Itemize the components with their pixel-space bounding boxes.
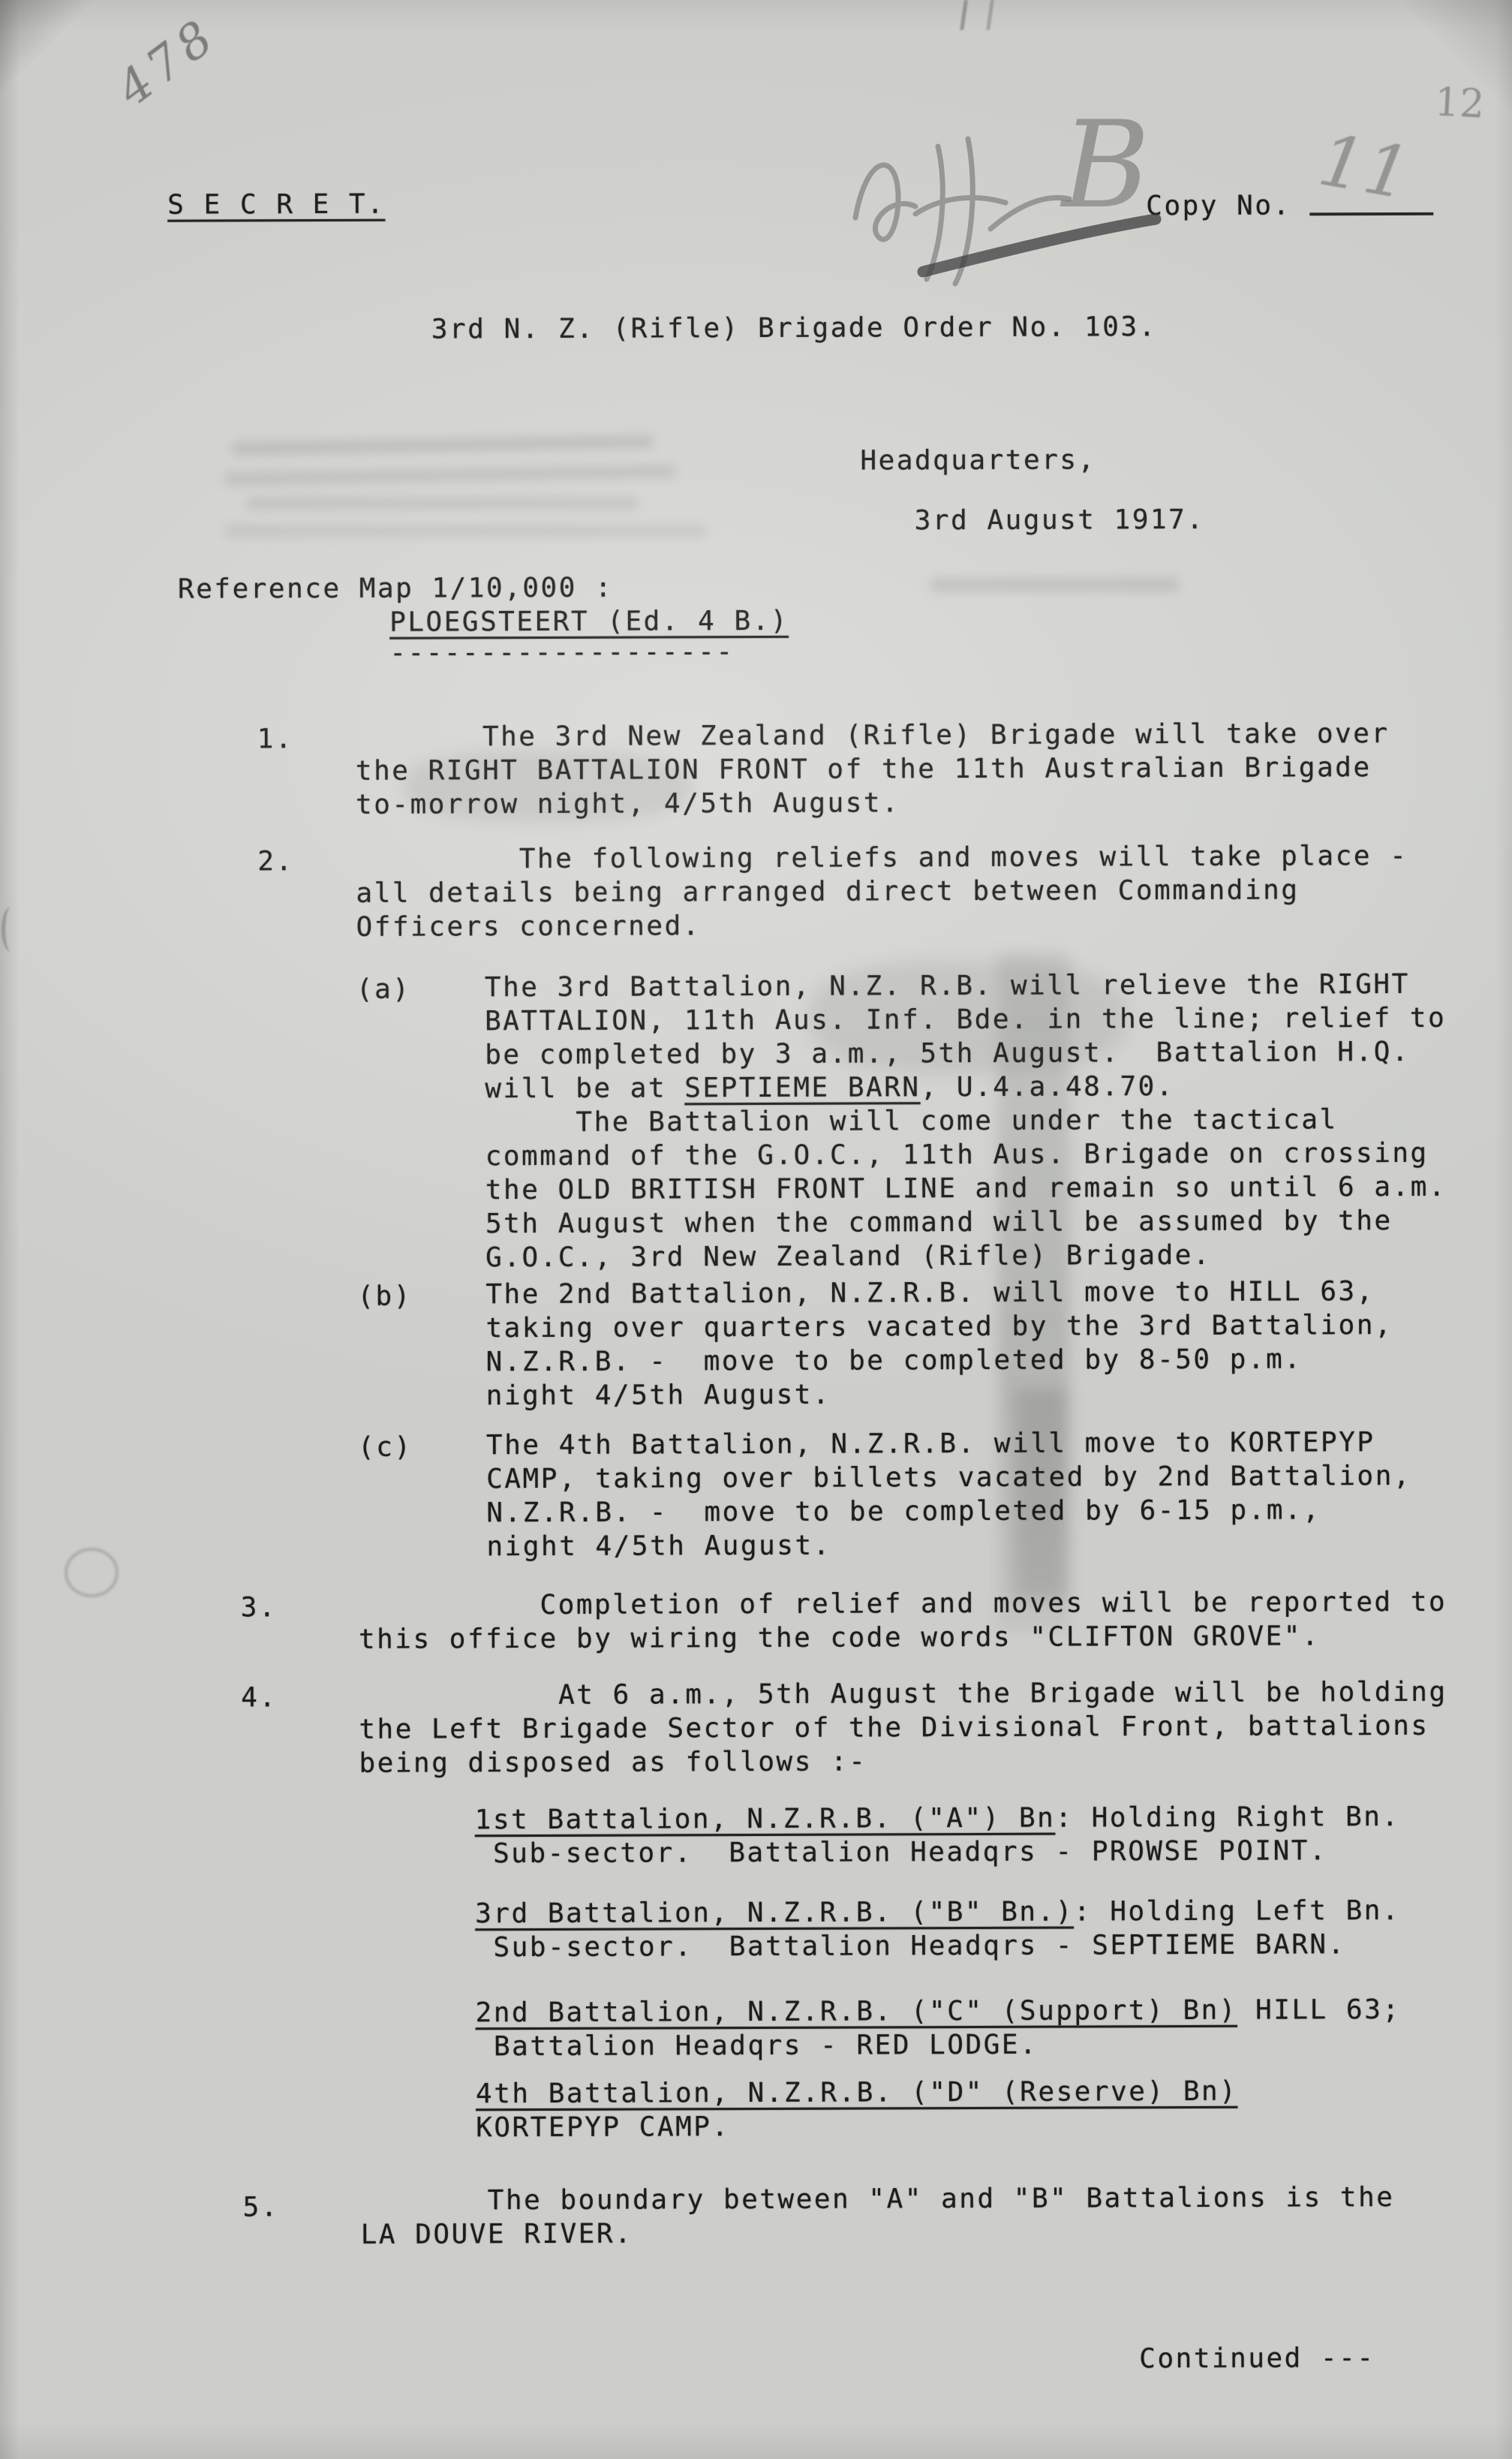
typed-line: At 6 a.m., 5th August the Brigade will b… (359, 1675, 1512, 1712)
disposition-item-1st-battalion: 1st Battalion, N.Z.R.B. ("A") Bn: Holdin… (475, 1799, 1512, 1871)
sub-paragraph-a: (a) The 3rd Battalion, N.Z. R.B. will re… (485, 967, 1512, 1275)
paragraph-text: The following reliefs and moves will tak… (356, 838, 1510, 944)
sub-paragraph-label: (b) (357, 1280, 412, 1314)
typed-line: the RIGHT BATTALION FRONT of the 11th Au… (356, 750, 1510, 787)
classification-header: S E C R E T. (167, 188, 385, 222)
typed-line: this office by wiring the code words "CL… (359, 1618, 1512, 1656)
typed-line: 2nd Battalion, N.Z.R.B. ("C" (Support) B… (476, 1992, 1512, 2030)
appendix-underline-flourish (923, 219, 1156, 272)
typed-line: CAMP, taking over billets vacated by 2nd… (486, 1458, 1512, 1496)
paragraph-1: 1. The 3rd New Zealand (Rifle) Brigade w… (356, 716, 1510, 821)
classification-text: S E C R E T. (167, 189, 385, 221)
typed-line: command of the G.O.C., 11th Aus. Brigade… (485, 1136, 1512, 1173)
typed-line: taking over quarters vacated by the 3rd … (485, 1308, 1512, 1345)
disposition-item-3rd-battalion: 3rd Battalion, N.Z.R.B. ("B" Bn.): Holdi… (475, 1893, 1512, 1964)
typed-line: Officers concerned. (356, 906, 1511, 944)
typed-line: Completion of relief and moves will be r… (359, 1585, 1512, 1622)
item-text: 1st Battalion, N.Z.R.B. ("A") Bn: Holdin… (475, 1799, 1512, 1871)
typed-line: BATTALION, 11th Aus. Inf. Bde. in the li… (485, 1001, 1511, 1038)
typed-line: G.O.C., 3rd New Zealand (Rifle) Brigade. (485, 1237, 1512, 1275)
paragraph-text: The 4th Battalion, N.Z.R.B. will move to… (486, 1425, 1512, 1564)
typed-line: 1st Battalion, N.Z.R.B. ("A") Bn: Holdin… (475, 1799, 1512, 1837)
typed-content: S E C R E T. Copy No. 3rd N. Z. (Rifle) … (0, 0, 1512, 2459)
paragraph-2: 2. The following reliefs and moves will … (356, 838, 1510, 944)
date-line: 3rd August 1917. (915, 503, 1205, 537)
typed-line: being disposed as follows :- (359, 1742, 1512, 1780)
disposition-item-4th-battalion: 4th Battalion, N.Z.R.B. ("D" (Reserve) B… (476, 2073, 1512, 2144)
headquarters-line: Headquarters, (860, 443, 1096, 477)
paragraph-4: 4. At 6 a.m., 5th August the Brigade wil… (359, 1675, 1512, 1780)
typed-line: Battalion Headqrs - RED LODGE. (476, 2026, 1512, 2063)
typed-line: The 4th Battalion, N.Z.R.B. will move to… (486, 1425, 1512, 1462)
reference-map-block: Reference Map 1/10,000 : PLOEGSTEERT (Ed… (178, 570, 789, 671)
disposition-item-2nd-battalion: 2nd Battalion, N.Z.R.B. ("C" (Support) B… (476, 1992, 1512, 2063)
typed-line: night 4/5th August. (486, 1375, 1512, 1413)
typed-line: night 4/5th August. (486, 1526, 1512, 1564)
item-text: 4th Battalion, N.Z.R.B. ("D" (Reserve) B… (476, 2073, 1512, 2144)
paragraph-text: Completion of relief and moves will be r… (359, 1585, 1512, 1656)
paragraph-number: 5. (242, 2190, 279, 2224)
paragraph-text: The 3rd Battalion, N.Z. R.B. will reliev… (485, 967, 1512, 1275)
sub-paragraph-label: (c) (358, 1431, 413, 1464)
typed-line: 5th August when the command will be assu… (485, 1203, 1512, 1241)
typed-line: the OLD BRITISH FRONT LINE and remain so… (485, 1169, 1512, 1207)
item-text: 3rd Battalion, N.Z.R.B. ("B" Bn.): Holdi… (475, 1893, 1512, 1964)
typed-line: N.Z.R.B. - move to be completed by 6-15 … (486, 1492, 1512, 1530)
item-text: 2nd Battalion, N.Z.R.B. ("C" (Support) B… (476, 1992, 1512, 2063)
handwritten-copy-number: 11 (1312, 119, 1416, 215)
typed-line: LA DOUVE RIVER. (361, 2214, 1512, 2251)
paragraph-number: 3. (241, 1591, 278, 1624)
sub-paragraph-label: (a) (356, 973, 411, 1007)
paragraph-text: The boundary between "A" and "B" Battali… (360, 2180, 1512, 2251)
typed-line: The Battalion will come under the tactic… (485, 1102, 1511, 1139)
typed-line: Sub-sector. Battalion Headqrs - SEPTIEME… (475, 1927, 1512, 1964)
order-title: 3rd N. Z. (Rifle) Brigade Order No. 103. (0, 309, 1509, 348)
typed-line: Sub-sector. Battalion Headqrs - PROWSE P… (475, 1833, 1512, 1871)
reference-map-label: Reference Map 1/10,000 : (178, 570, 789, 606)
typed-line: The 2nd Battalion, N.Z.R.B. will move to… (485, 1274, 1512, 1311)
sub-paragraph-b: (b) The 2nd Battalion, N.Z.R.B. will mov… (485, 1274, 1512, 1413)
typed-line: to-morrow night, 4/5th August. (356, 784, 1510, 821)
typed-line: all details being arranged direct betwee… (356, 872, 1510, 910)
paragraph-text: The 2nd Battalion, N.Z.R.B. will move to… (485, 1274, 1512, 1413)
scanned-document-page: 478 12 B S E C R E T. Copy No. 3rd N. Z.… (0, 0, 1512, 2459)
reference-map-name: PLOEGSTEERT (Ed. 4 B.) (389, 604, 789, 640)
paragraph-3: 3. Completion of relief and moves will b… (359, 1585, 1512, 1656)
appendix-mark: B (814, 75, 1234, 300)
paragraph-number: 4. (241, 1681, 278, 1714)
paragraph-text: At 6 a.m., 5th August the Brigade will b… (359, 1675, 1512, 1780)
typed-line: will be at SEPTIEME BARN, U.4.a.48.70. (485, 1068, 1511, 1106)
paragraph-number: 2. (257, 844, 294, 878)
typed-line: N.Z.R.B. - move to be completed by 8-50 … (486, 1341, 1512, 1379)
appendix-letter: B (1060, 95, 1150, 235)
order-body: 1. The 3rd New Zealand (Rifle) Brigade w… (0, 716, 1512, 2253)
paragraph-number: 1. (257, 722, 294, 756)
continued-note: Continued --- (1139, 2341, 1375, 2376)
reference-map-rule: ------------------- (389, 635, 789, 670)
typed-line: KORTEPYP CAMP. (476, 2107, 1512, 2144)
typed-line: the Left Brigade Sector of the Divisiona… (359, 1708, 1512, 1746)
typed-line: be completed by 3 a.m., 5th August. Batt… (485, 1034, 1511, 1072)
typed-line: The boundary between "A" and "B" Battali… (360, 2180, 1512, 2217)
paragraph-5: 5. The boundary between "A" and "B" Batt… (360, 2180, 1512, 2251)
typed-line: 3rd Battalion, N.Z.R.B. ("B" Bn.): Holdi… (475, 1893, 1512, 1931)
typed-line: 4th Battalion, N.Z.R.B. ("D" (Reserve) B… (476, 2073, 1512, 2111)
typed-line: The 3rd Battalion, N.Z. R.B. will reliev… (485, 967, 1511, 1004)
typed-line: The 3rd New Zealand (Rifle) Brigade will… (356, 716, 1510, 754)
typed-line: The following reliefs and moves will tak… (356, 838, 1510, 876)
sub-paragraph-c: (c) The 4th Battalion, N.Z.R.B. will mov… (486, 1425, 1512, 1564)
paragraph-text: The 3rd New Zealand (Rifle) Brigade will… (356, 716, 1510, 821)
